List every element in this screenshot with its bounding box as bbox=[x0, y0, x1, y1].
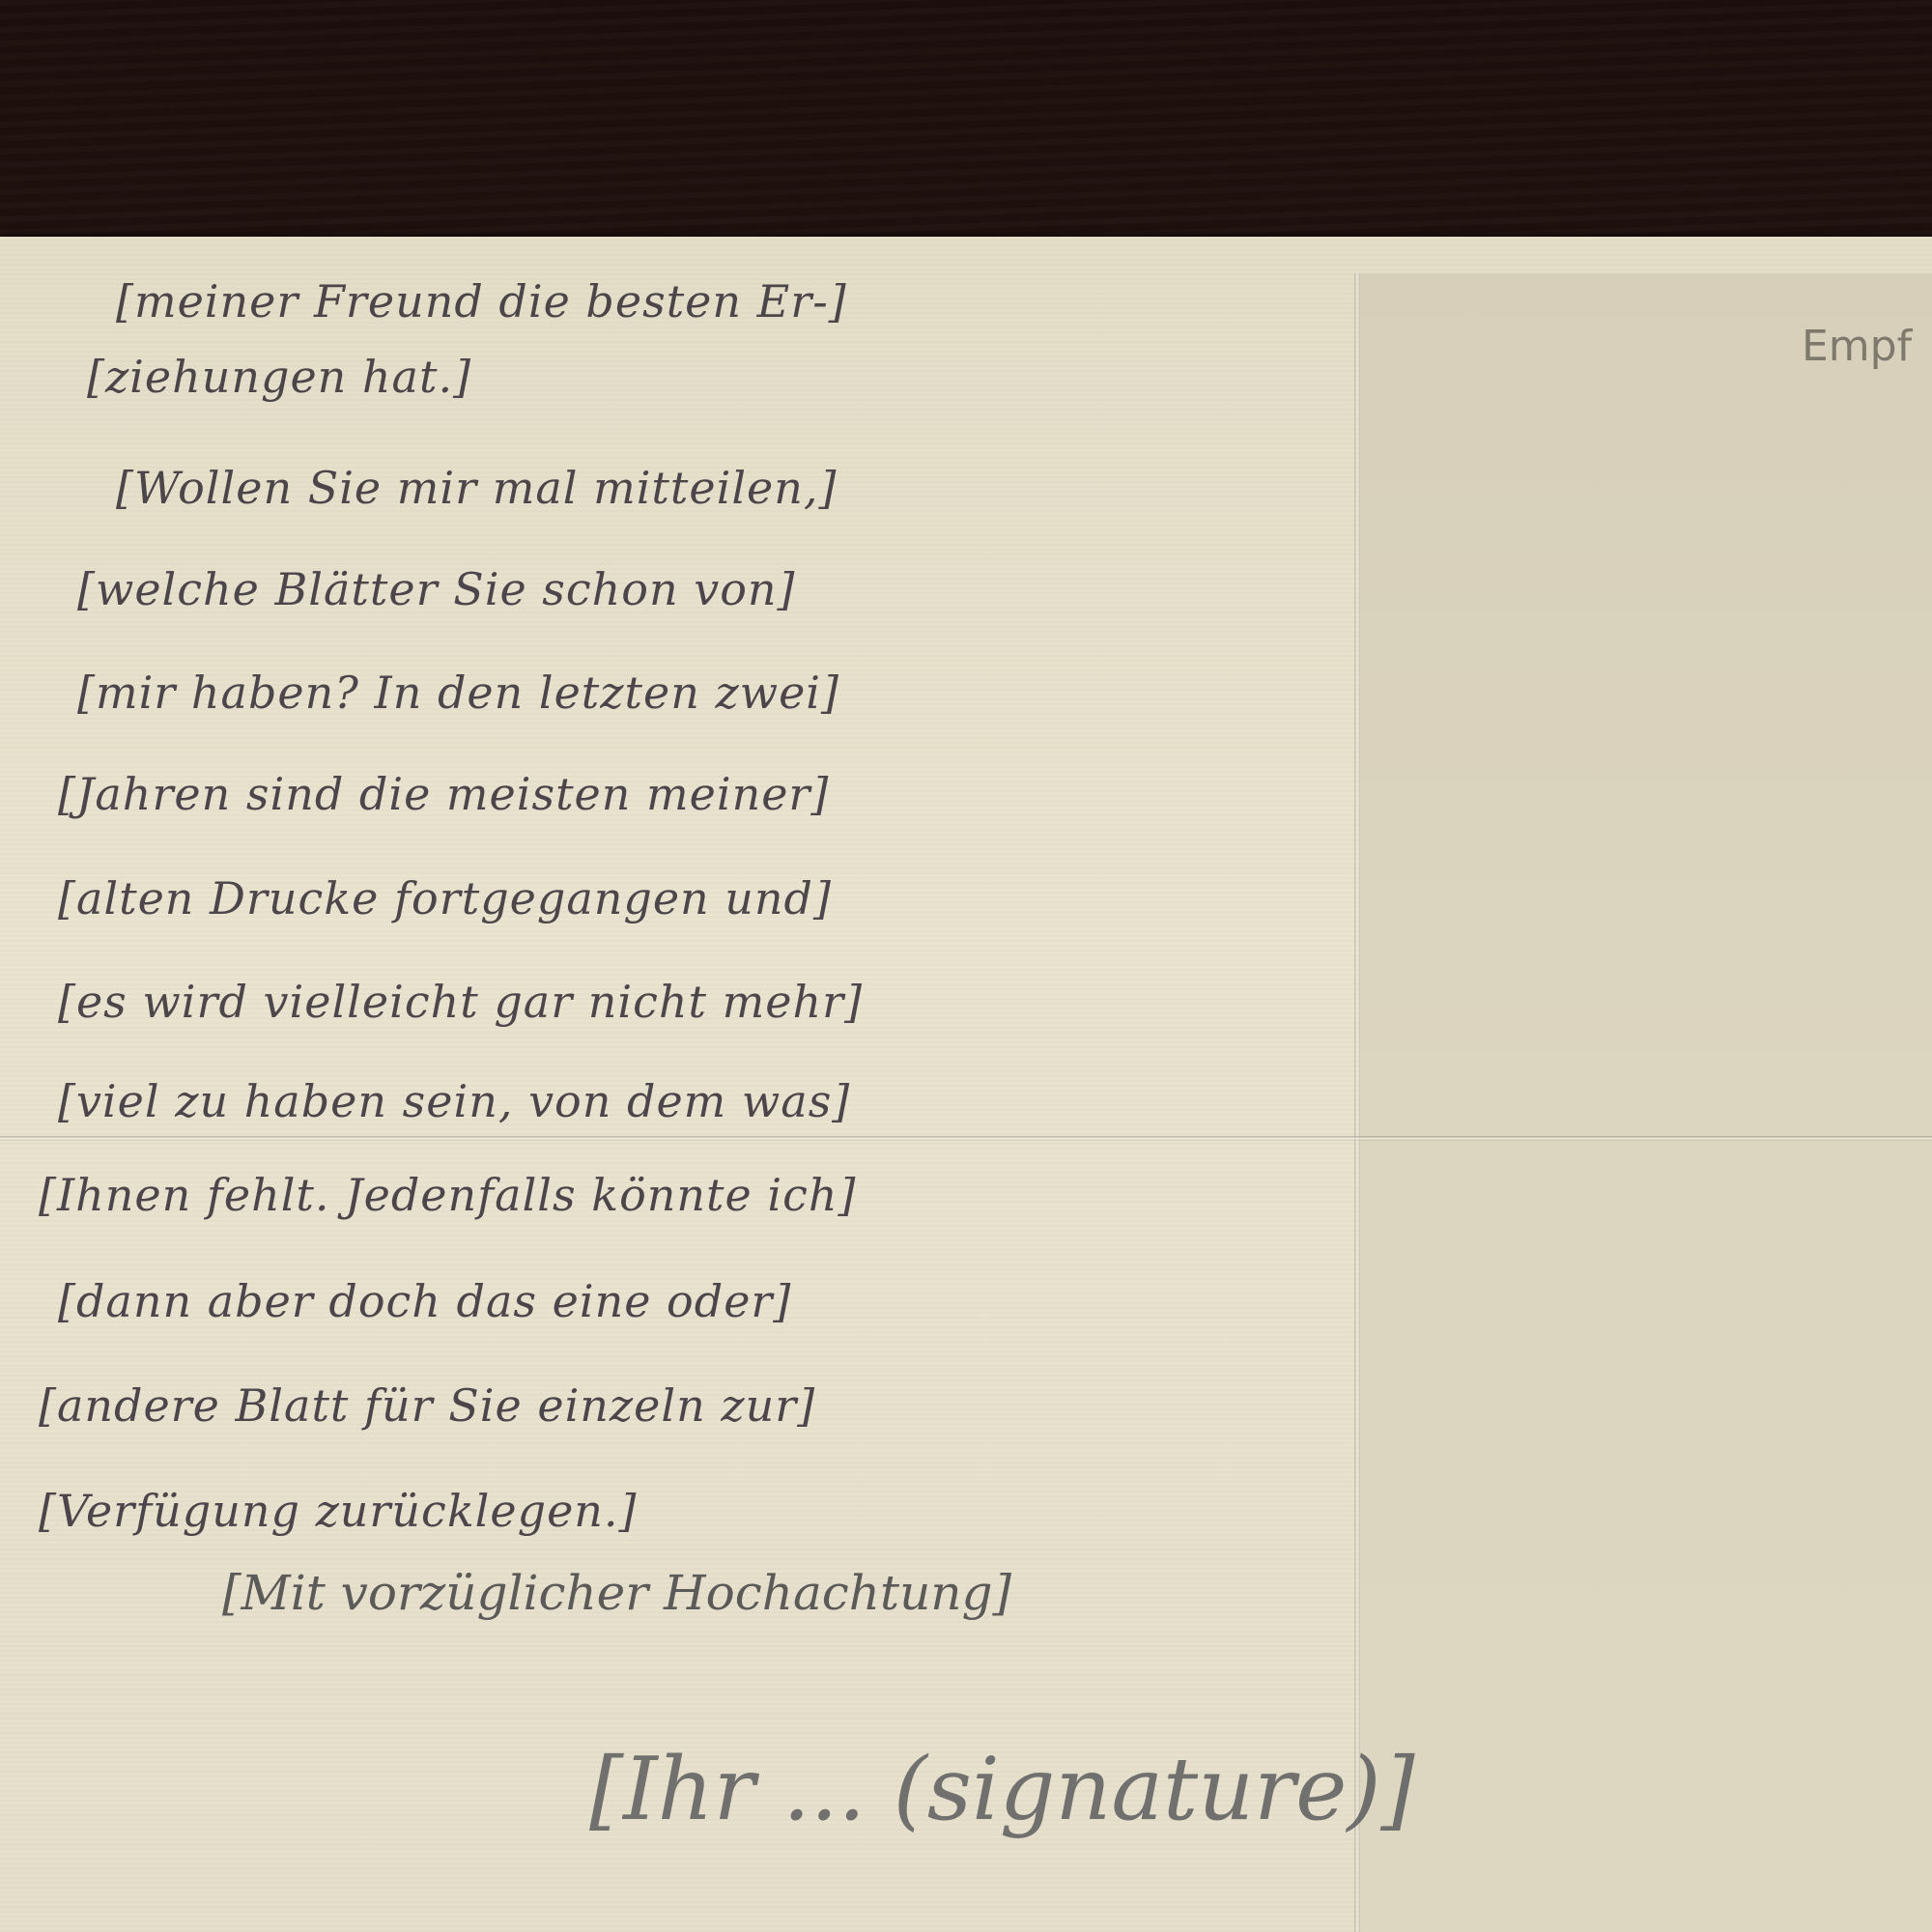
letter-line: [alten Drucke fortgegangen und] bbox=[58, 872, 832, 930]
letter-line: [Wollen Sie mir mal mitteilen,] bbox=[116, 462, 837, 520]
letter-line: [dann aber doch das eine oder] bbox=[58, 1275, 791, 1333]
letter-line: [andere Blatt für Sie einzeln zur] bbox=[39, 1379, 815, 1437]
wooden-table-surface bbox=[0, 0, 1932, 241]
letter-line: [Jahren sind die meisten meiner] bbox=[58, 768, 829, 826]
letter-line: [welche Blätter Sie schon von] bbox=[77, 563, 796, 621]
letter-line: [Verfügung zurücklegen.] bbox=[39, 1485, 637, 1543]
vertical-fold-crease bbox=[1354, 273, 1360, 1932]
folded-right-panel bbox=[1360, 273, 1932, 1932]
letter-line: [meiner Freund die besten Er-] bbox=[116, 275, 847, 333]
pencil-annotation: Empf bbox=[1802, 322, 1912, 371]
letter-line: [es wird vielleicht gar nicht mehr] bbox=[58, 976, 863, 1034]
letter-line: [mir haben? In den letzten zwei] bbox=[77, 667, 839, 724]
signature: [Ihr ... (signature)] bbox=[589, 1739, 1415, 1840]
letter-closing: [Mit vorzüglicher Hochachtung] bbox=[222, 1565, 1011, 1621]
letter-line: [ziehungen hat.] bbox=[87, 351, 471, 409]
letter-line: [viel zu haben sein, von dem was] bbox=[58, 1075, 850, 1133]
horizontal-fold-crease bbox=[0, 1136, 1932, 1141]
letter-line: [Ihnen fehlt. Jedenfalls könnte ich] bbox=[39, 1169, 856, 1227]
